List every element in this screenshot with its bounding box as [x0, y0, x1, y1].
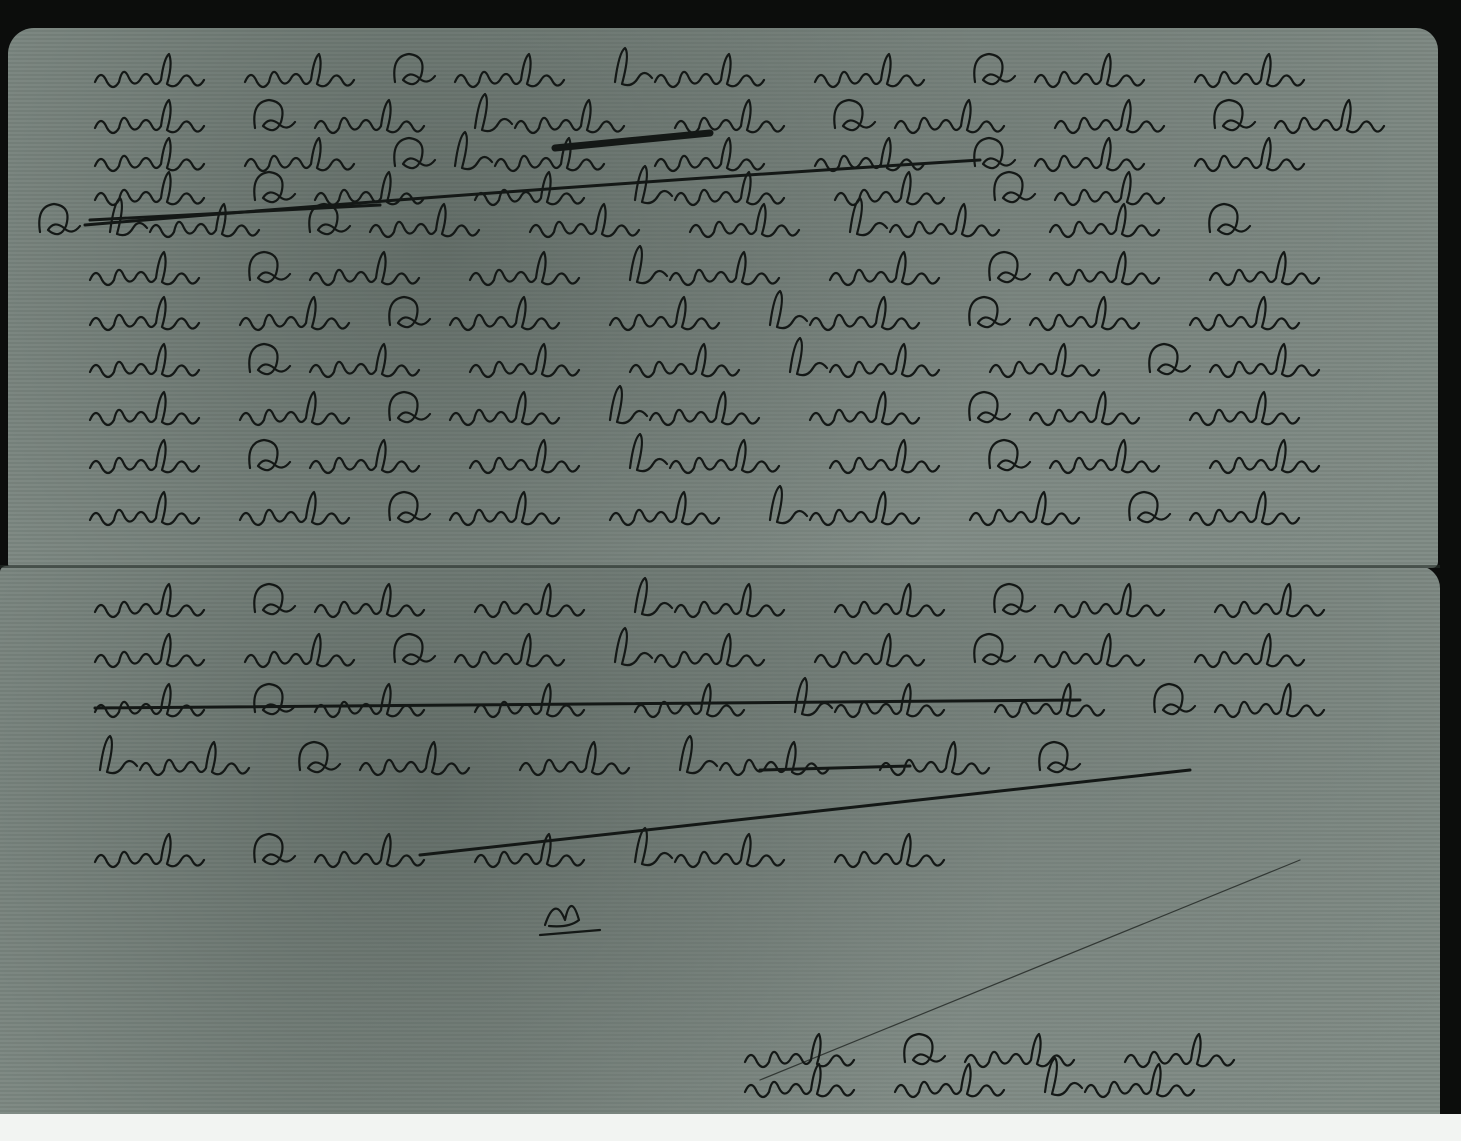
lower-panel-lines [95, 578, 1324, 1097]
handwritten-script [0, 0, 1461, 1141]
upper-panel-lines [39, 48, 1384, 525]
signature [540, 906, 600, 935]
